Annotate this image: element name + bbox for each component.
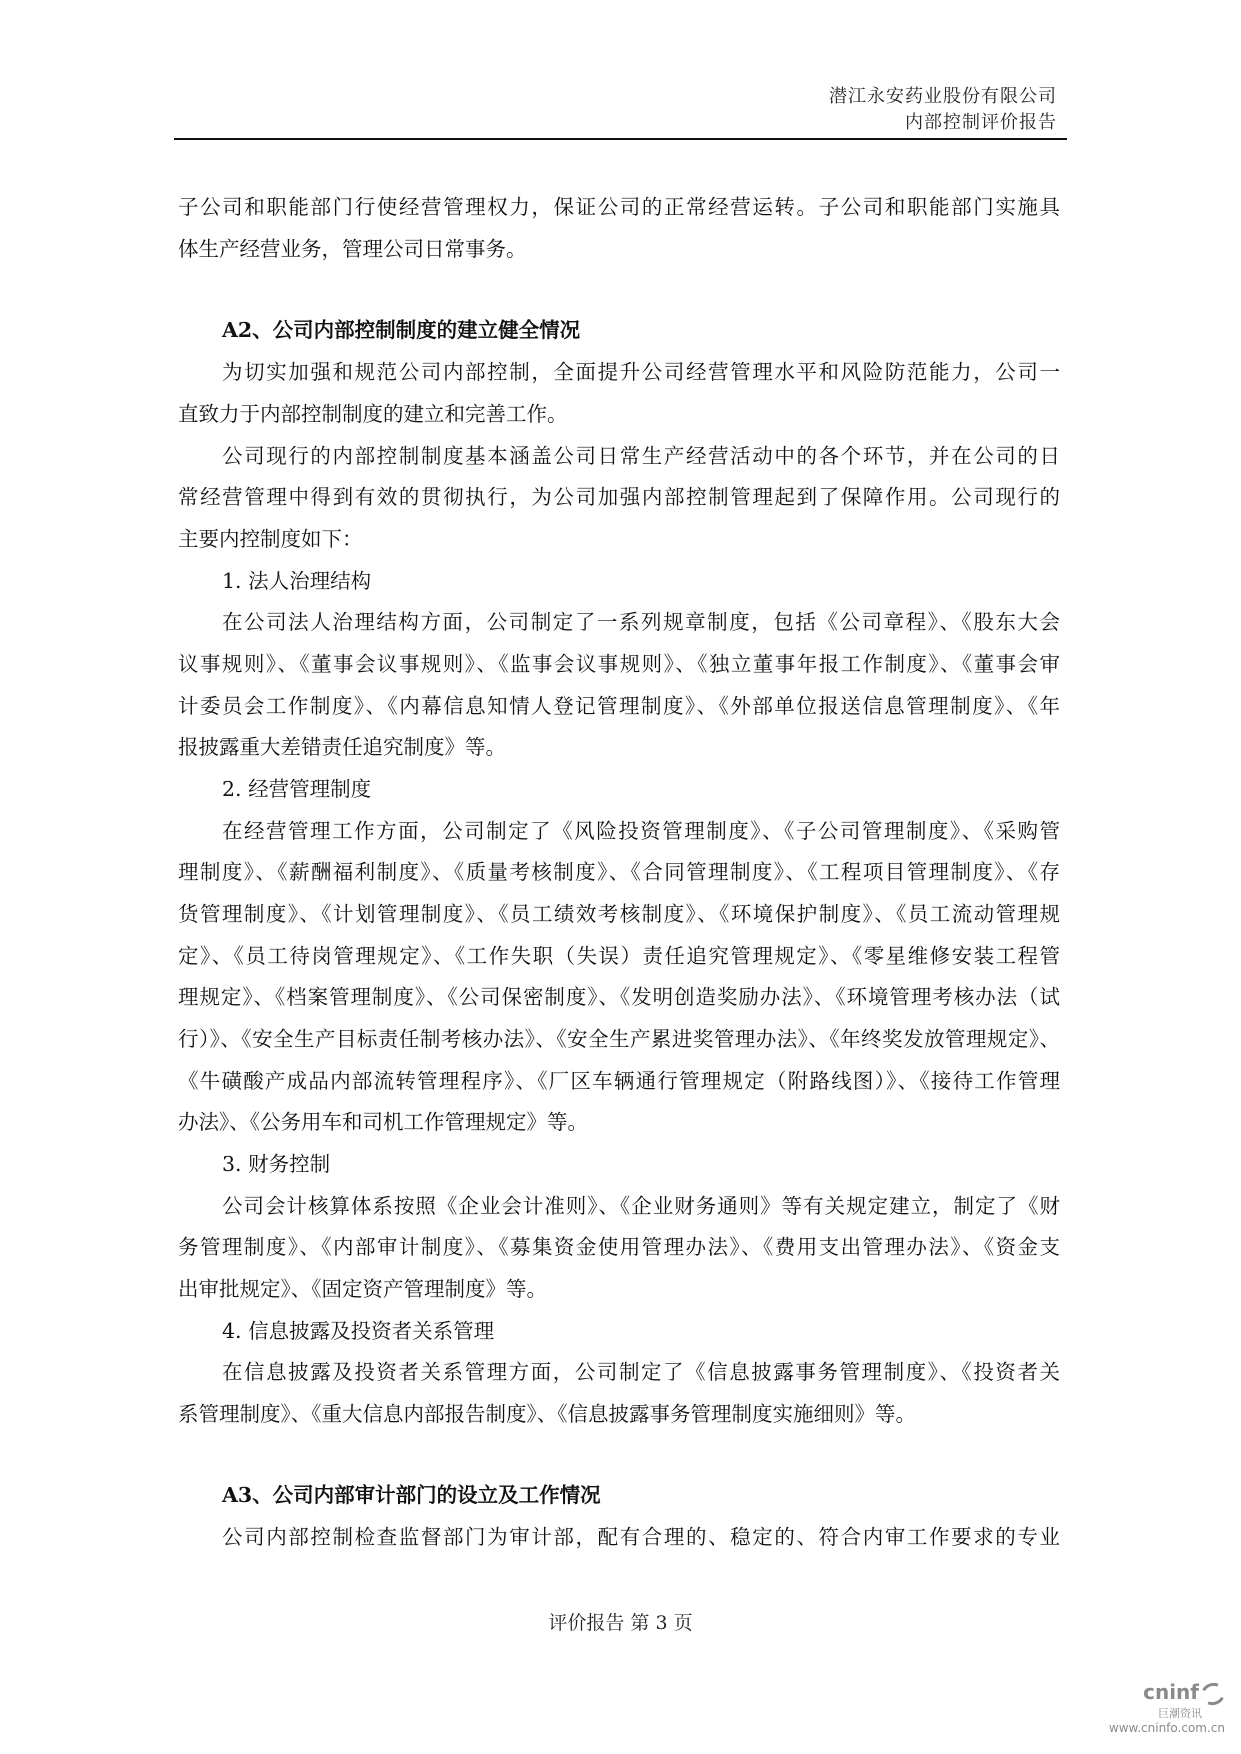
body-text-line: 办法》、《公务用车和司机工作管理规定》等。 [178, 1107, 1060, 1137]
body-text-line: 议事规则》、《董事会议事规则》、《监事会议事规则》、《独立董事年报工作制度》、《… [178, 649, 1060, 679]
cninfo-watermark: cninf 巨潮资讯 www.cninfo.com.cn [1105, 1680, 1225, 1735]
body-text-line: 报披露重大差错责任追究制度》等。 [178, 732, 1060, 762]
body-text-line: 为切实加强和规范公司内部控制，全面提升公司经营管理水平和风险防范能力，公司一 [222, 357, 1060, 387]
body-text-line: 公司现行的内部控制制度基本涵盖公司日常生产经营活动中的各个环节，并在公司的日 [222, 441, 1060, 471]
body-text-line: 货管理制度》、《计划管理制度》、《员工绩效考核制度》、《环境保护制度》、《员工流… [178, 899, 1060, 929]
page-footer: 评价报告 第 3 页 [0, 1608, 1241, 1635]
body-text-line: 在信息披露及投资者关系管理方面，公司制定了《信息披露事务管理制度》、《投资者关 [222, 1357, 1060, 1387]
body-text-line: 3. 财务控制 [222, 1149, 1060, 1179]
body-text-line: 务管理制度》、《内部审计制度》、《募集资金使用管理办法》、《费用支出管理办法》、… [178, 1232, 1060, 1262]
body-text-line: 主要内控制度如下： [178, 524, 1060, 554]
body-text-line: 系管理制度》、《重大信息内部报告制度》、《信息披露事务管理制度实施细则》等。 [178, 1399, 1060, 1429]
body-text-line: 1. 法人治理结构 [222, 566, 1060, 596]
body-text-line: 在公司法人治理结构方面，公司制定了一系列规章制度，包括《公司章程》、《股东大会 [222, 607, 1060, 637]
body-text-line: 《牛磺酸产成品内部流转管理程序》、《厂区车辆通行管理规定（附路线图）》、《接待工… [178, 1066, 1060, 1096]
body-text-line: 常经营管理中得到有效的贯彻执行，为公司加强内部控制管理起到了保障作用。公司现行的 [178, 482, 1060, 512]
body-text-line: 出审批规定》、《固定资产管理制度》等。 [178, 1274, 1060, 1304]
header-divider [174, 138, 1067, 140]
body-text-line: 公司内部控制检查监督部门为审计部，配有合理的、稳定的、符合内审工作要求的专业 [222, 1522, 1060, 1552]
body-text-line: 体生产经营业务，管理公司日常事务。 [178, 234, 1060, 264]
body-text-line: 4. 信息披露及投资者关系管理 [222, 1316, 1060, 1346]
section-heading: A3、公司内部审计部门的设立及工作情况 [222, 1480, 1104, 1510]
body-text-line: 在经营管理工作方面，公司制定了《风险投资管理制度》、《子公司管理制度》、《采购管 [222, 816, 1060, 846]
watermark-brand: cninf [1143, 1680, 1199, 1704]
section-heading: A2、公司内部控制制度的建立健全情况 [222, 315, 1104, 345]
running-header: 潜江永安药业股份有限公司 内部控制评价报告 [829, 84, 1057, 136]
body-text-line: 2. 经营管理制度 [222, 774, 1060, 804]
cninfo-swirl-icon [1198, 1679, 1228, 1708]
body-text-line: 公司会计核算体系按照《企业会计准则》、《企业财务通则》等有关规定建立，制定了《财 [222, 1191, 1060, 1221]
body-text-line: 计委员会工作制度》、《内幕信息知情人登记管理制度》、《外部单位报送信息管理制度》… [178, 691, 1060, 721]
body-text-line: 直致力于内部控制制度的建立和完善工作。 [178, 399, 1060, 429]
header-company: 潜江永安药业股份有限公司 [829, 84, 1057, 110]
watermark-url: www.cninfo.com.cn [1105, 1721, 1225, 1735]
header-report-title: 内部控制评价报告 [829, 110, 1057, 136]
body-text-line: 理规定》、《档案管理制度》、《公司保密制度》、《发明创造奖励办法》、《环境管理考… [178, 982, 1060, 1012]
body-text-line: 定》、《员工待岗管理规定》、《工作失职（失误）责任追究管理规定》、《零星维修安装… [178, 941, 1060, 971]
body-text-line: 理制度》、《薪酬福利制度》、《质量考核制度》、《合同管理制度》、《工程项目管理制… [178, 857, 1060, 887]
body-text-line: 行）》、《安全生产目标责任制考核办法》、《安全生产累进奖管理办法》、《年终奖发放… [178, 1024, 1060, 1054]
watermark-brand-cn: 巨潮资讯 [1105, 1705, 1225, 1721]
body-text-line: 子公司和职能部门行使经营管理权力，保证公司的正常经营运转。子公司和职能部门实施具 [178, 192, 1060, 222]
